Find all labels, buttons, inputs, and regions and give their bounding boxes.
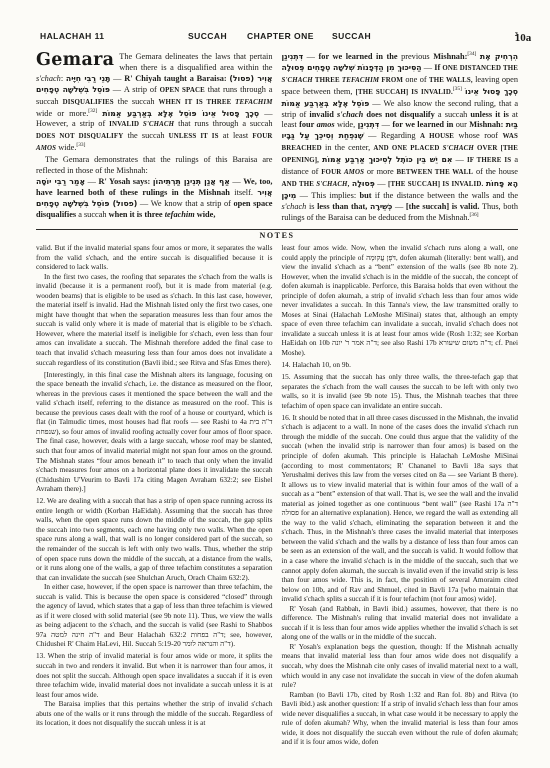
text-run: for we learned in the: [319, 52, 398, 61]
text-run: AMOS: [36, 145, 56, 152]
text-run: wide.: [56, 143, 76, 152]
gemara-paragraph: אָמַר רַבִּי יוֹסָה — R' Yosah says: אַף…: [36, 177, 273, 221]
text-run: [THE SUCCAH] IS INVALID.: [388, 181, 483, 188]
chapter-title: CHAPTER ONE: [247, 31, 314, 41]
gemara-lead-word: Gemara: [36, 53, 114, 68]
note-paragraph: R' Yosah (and Rabbah, in Bavli ibid.) as…: [282, 604, 519, 642]
gemara-paragraph: The Gemara demonstrates that the rulings…: [36, 155, 273, 177]
text-run: DOES NOT DISQUALIFY: [36, 133, 123, 140]
note-paragraph: 16. It should be noted that in all three…: [282, 413, 519, 604]
note-paragraph: Ramban (to Bavli 17b, cited by Rosh 1:32…: [282, 690, 519, 747]
halachah-number: HALACHAH 11: [40, 31, 104, 41]
text-run: Mishnah:: [469, 120, 506, 129]
gemara-left-column: GemaraThe Gemara delineates the laws tha…: [36, 52, 273, 224]
note-paragraph: 15. Assuming that the succah has only th…: [282, 372, 519, 410]
text-run: that runs through a succah: [174, 119, 272, 128]
footnote-reference: [33]: [76, 142, 85, 148]
tractate-name-repeat: SUCCAH: [332, 31, 371, 41]
text-run: — We know that a strip of: [137, 199, 233, 208]
text-run: s'chach: [282, 202, 307, 211]
text-run: or more: [364, 167, 396, 176]
text-run: S'CHACH: [443, 145, 474, 152]
text-run: [the succah] is valid.: [406, 202, 480, 211]
text-run: A HOUSE: [420, 133, 454, 140]
text-run: OPEN SPACE: [160, 87, 205, 94]
text-run: — A strip of: [110, 85, 160, 94]
text-run: less than that,: [317, 202, 370, 211]
text-run: does not disqualify: [363, 110, 435, 119]
text-run: R' Yosah says:: [98, 177, 152, 186]
note-paragraph: The Baraisa implies that this pertains w…: [36, 699, 273, 728]
text-run: —: [379, 120, 392, 129]
text-run: THREE: [313, 77, 342, 84]
text-run: AND ONE PLACED: [373, 145, 442, 152]
text-run: the succah: [123, 131, 168, 140]
text-run: INVALID: [109, 121, 143, 128]
note-paragraph: In the first two cases, the roofing that…: [36, 272, 273, 367]
text-run: The Gemara delineates the laws that pert…: [119, 52, 272, 72]
text-run: UNLESS IT IS: [169, 133, 219, 140]
note-paragraph: 12. We are dealing with a succah that ha…: [36, 496, 273, 582]
text-run: invalid: [309, 110, 337, 119]
text-run: of the house: [473, 167, 518, 176]
notes-right-column: least four amos wide. Now, when the inva…: [282, 243, 519, 747]
text-run: in the center,: [322, 143, 374, 152]
text-run: —: [422, 63, 435, 72]
notes-heading: NOTES: [36, 231, 518, 240]
hebrew-phrase: תָּנֵי רַבִּי חִיָּיה: [66, 74, 110, 83]
text-run: THE WALLS,: [429, 77, 473, 84]
note-paragraph: 14. Halachah 10, on 9b.: [282, 360, 519, 370]
text-run: Mishnah:: [433, 52, 467, 61]
footnote-reference: [35]: [453, 86, 462, 92]
text-run: for we learned in: [392, 120, 453, 129]
footnote-reference: [34]: [467, 51, 476, 57]
hebrew-phrase: כְּשֵׁירָה: [370, 202, 392, 211]
text-run: four: [299, 120, 316, 129]
hebrew-phrase: אַף אֲנַן תְּנֵינַן תַּרְתֵּיהוֹן: [153, 177, 230, 186]
text-run: whose roof: [454, 131, 503, 140]
text-run: ONE DISTANCED THE: [442, 65, 518, 72]
notes-divider-rule: [36, 229, 518, 230]
text-run: IF THERE IS: [467, 157, 511, 164]
gemara-right-column: דִּתְנִינַן — for we learned in the prev…: [282, 52, 519, 224]
text-run: a succah: [76, 210, 108, 219]
text-run: if the distance between the walls and th…: [371, 191, 518, 200]
hebrew-phrase: אִם יֵשׁ בֵּין כּוֹתֶל לְסִיכּוּךְ אַרְב…: [322, 155, 452, 164]
text-run: S'CHACH: [143, 121, 174, 128]
text-run: The Gemara demonstrates that the rulings…: [36, 155, 273, 175]
hebrew-phrase: דִּתְנִינַן: [358, 120, 380, 129]
text-run: amos: [317, 120, 335, 129]
text-run: itself.: [230, 188, 257, 197]
text-run: — This implies:: [296, 191, 359, 200]
text-run: our: [453, 120, 469, 129]
footnote-reference: [36]: [470, 212, 479, 218]
text-run: R' Chiyah taught a Baraisa:: [124, 74, 229, 83]
text-run: wide,: [335, 120, 358, 129]
notes-section: valid. But if the invalid material spans…: [36, 243, 518, 747]
footnote-reference: [32]: [88, 108, 97, 114]
text-run: FOUR: [321, 169, 344, 176]
gemara-paragraph: GemaraThe Gemara delineates the laws tha…: [36, 52, 273, 155]
text-run: the succah: [114, 97, 159, 106]
note-paragraph: least four amos wide. Now, when the inva…: [282, 243, 519, 358]
text-run: S'CHACH: [316, 181, 347, 188]
text-run: FROM: [379, 77, 403, 84]
text-run: —: [375, 179, 388, 188]
text-run: previous: [398, 52, 434, 61]
text-run: wide,: [195, 210, 216, 219]
hebrew-phrase: סְכָךְ פָּסוּל אֵינוֹ פּוֹסֵל אֶלָּא בְּ…: [102, 109, 259, 118]
text-run: S'CHACH: [282, 77, 313, 84]
running-header: HALACHAH 11 SUCCAH CHAPTER ONE SUCCAH 10…: [36, 30, 518, 43]
folio-number: 10a3: [515, 31, 518, 44]
text-run: s'chach: [337, 110, 363, 119]
note-paragraph: valid. But if the invalid material spans…: [36, 243, 273, 272]
notes-left-column: valid. But if the invalid material spans…: [36, 243, 273, 747]
text-run: is: [306, 202, 317, 211]
note-paragraph: [Interestingly, in this final case the M…: [36, 370, 273, 494]
note-paragraph: 13. When the strip of invalid material i…: [36, 651, 273, 699]
text-run: one of: [403, 75, 429, 84]
text-run: AND THE: [282, 181, 317, 188]
text-run: —: [230, 177, 243, 186]
text-run: TEFACHIM: [235, 99, 272, 106]
text-run: — Regarding: [364, 131, 420, 140]
text-run: tefachim: [165, 210, 195, 219]
text-run: [THE SUCCAH] IS INVALID.: [356, 89, 453, 96]
text-run: when it is three: [109, 210, 165, 219]
text-run: DISQUALIFIES: [63, 99, 114, 106]
gemara-paragraph: דִּתְנִינַן — for we learned in the prev…: [282, 52, 519, 224]
text-run: but: [359, 191, 371, 200]
text-run: BETWEEN THE WALL: [396, 169, 473, 176]
note-paragraph: R' Yosah's explanation begs the question…: [282, 642, 519, 690]
text-run: —: [452, 155, 466, 164]
text-run: —: [85, 177, 98, 186]
text-run: TEFACHIM: [342, 77, 379, 84]
text-run: —: [110, 74, 124, 83]
text-run: unless it is: [470, 110, 509, 119]
hebrew-phrase: דִּתְנִינַן: [282, 52, 304, 61]
note-paragraph: In either case, however, if the open spa…: [36, 582, 273, 649]
talmud-page: HALACHAH 11 SUCCAH CHAPTER ONE SUCCAH 10…: [0, 0, 550, 768]
text-run: at least: [219, 131, 253, 140]
text-run: FOUR: [252, 133, 272, 140]
text-run: —: [392, 202, 406, 211]
text-run: WHEN IT IS THREE: [159, 99, 236, 106]
text-run: a succah: [435, 110, 471, 119]
hebrew-phrase: פְּסוּלָה: [352, 179, 375, 188]
text-run: —: [303, 52, 318, 61]
gemara-section: GemaraThe Gemara delineates the laws tha…: [36, 52, 518, 224]
text-run: wide or more.: [36, 109, 88, 118]
hebrew-phrase: אָמַר רַבִּי יוֹסָה: [36, 177, 85, 186]
text-run: s'chach: [36, 74, 61, 83]
text-run: AMOS: [344, 169, 364, 176]
tractate-name: SUCCAH: [188, 31, 227, 41]
